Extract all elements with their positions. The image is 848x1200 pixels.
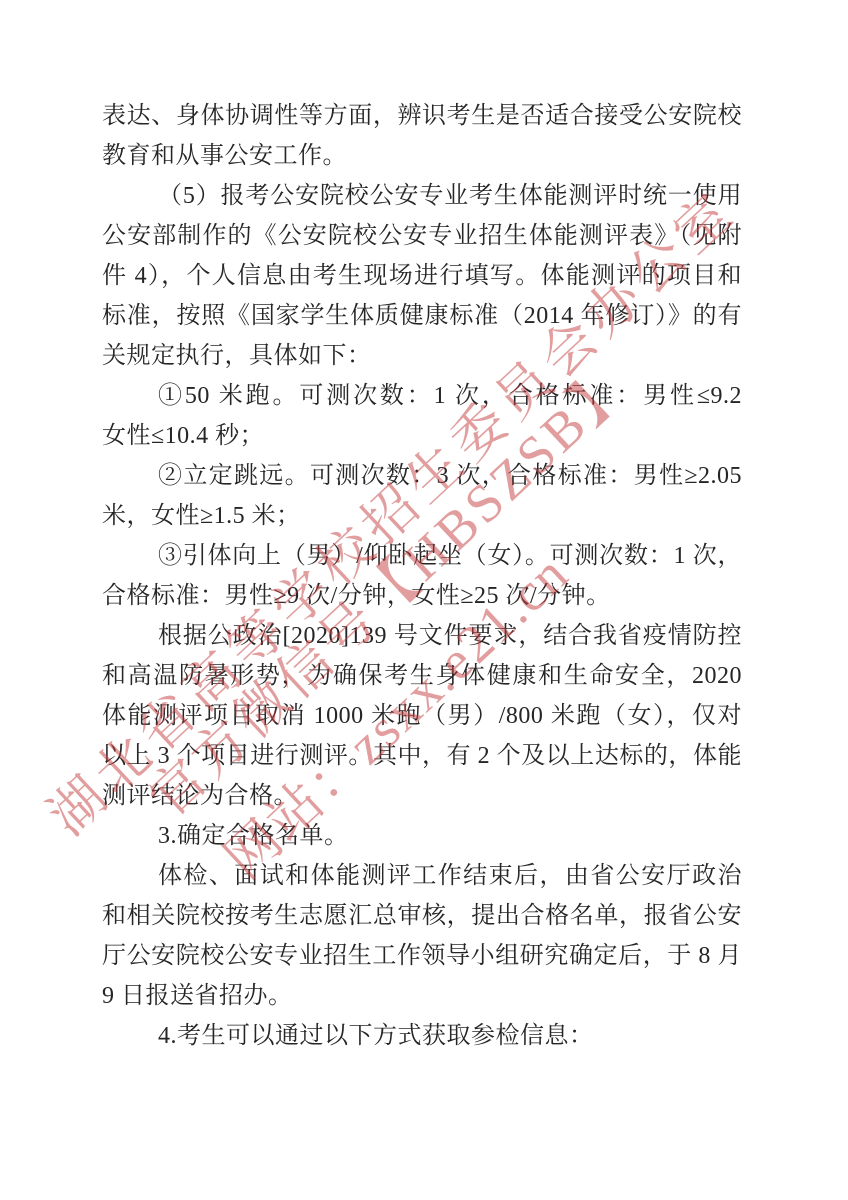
document-line: ②立定跳远。可测次数：3 次，合格标准：男性≥2.05 [102, 456, 742, 496]
document-page: 表达、身体协调性等方面，辨识考生是否适合接受公安院校 教育和从事公安工作。 （5… [0, 0, 848, 1200]
document-line: 以上 3 个项目进行测评。其中，有 2 个及以上达标的，体能 [102, 736, 742, 776]
document-line: 表达、身体协调性等方面，辨识考生是否适合接受公安院校 [102, 96, 742, 136]
document-line: 公安部制作的《公安院校公安专业招生体能测评表》（见附 [102, 216, 742, 256]
document-line: 标准，按照《国家学生体质健康标准（2014 年修订）》的有 [102, 296, 742, 336]
document-line: 4.考生可以通过以下方式获取参检信息： [102, 1016, 742, 1056]
document-body: 表达、身体协调性等方面，辨识考生是否适合接受公安院校 教育和从事公安工作。 （5… [102, 96, 742, 1056]
document-line: 根据公政治[2020]139 号文件要求，结合我省疫情防控 [102, 616, 742, 656]
document-line: （5）报考公安院校公安专业考生体能测评时统一使用 [102, 176, 742, 216]
document-line: 米，女性≥1.5 米； [102, 496, 742, 536]
document-line: 教育和从事公安工作。 [102, 136, 742, 176]
document-line: 测评结论为合格。 [102, 776, 742, 816]
document-line: ①50 米跑。可测次数：1 次，合格标准：男性≤9.2 秒， [102, 376, 742, 416]
document-line: 合格标准：男性≥9 次/分钟，女性≥25 次/分钟。 [102, 576, 742, 616]
document-line: 和高温防暑形势，为确保考生身体健康和生命安全，2020 年 [102, 656, 742, 696]
document-line: 厅公安院校公安专业招生工作领导小组研究确定后，于 8 月 [102, 936, 742, 976]
document-line: 件 4），个人信息由考生现场进行填写。体能测评的项目和 [102, 256, 742, 296]
document-line: 关规定执行，具体如下： [102, 336, 742, 376]
document-line: 女性≤10.4 秒； [102, 416, 742, 456]
document-line: 体检、面试和体能测评工作结束后，由省公安厅政治部 [102, 856, 742, 896]
document-line: ③引体向上（男）/仰卧起坐（女）。可测次数：1 次， [102, 536, 742, 576]
document-line: 体能测评项目取消 1000 米跑（男）/800 米跑（女），仅对 [102, 696, 742, 736]
document-line: 3.确定合格名单。 [102, 816, 742, 856]
document-line: 9 日报送省招办。 [102, 976, 742, 1016]
document-line: 和相关院校按考生志愿汇总审核，提出合格名单，报省公安 [102, 896, 742, 936]
